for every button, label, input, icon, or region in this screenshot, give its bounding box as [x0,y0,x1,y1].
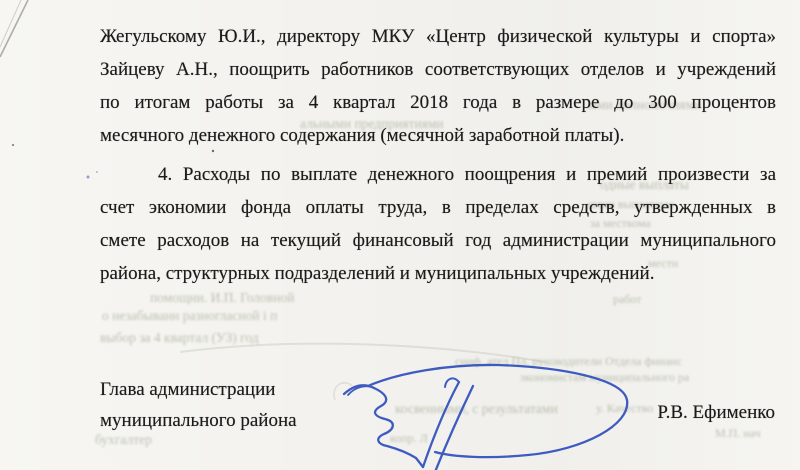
text-line: Зайцеву А.Н., поощрить работников соотве… [100,53,776,86]
signer-title: Глава администрации муниципального район… [100,374,297,436]
text-line: смете расходов на текущий финансовый год… [100,224,776,257]
ink-speck [87,176,90,179]
handwritten-signature [328,353,648,470]
document-body: Жегульскому Ю.И., директору МКУ «Центр ф… [100,20,776,290]
text-line: района, структурных подразделений и муни… [100,257,776,290]
paragraph-item-4: 4. Расходы по выплате денежного поощрени… [100,158,776,290]
signer-name: Р.В. Ефименко [657,402,775,424]
signer-title-line1: Глава администрации [100,374,297,405]
paragraph-reward-order: Жегульскому Ю.И., директору МКУ «Центр ф… [100,20,776,152]
signer-title-line2: муниципального района [100,405,297,436]
signature-oval-flourish [368,365,627,457]
text-line: месячного денежного содержания (месячной… [100,119,776,152]
text-line: по итогам работы за 4 квартал 2018 года … [100,86,776,119]
text-line: 4. Расходы по выплате денежного поощрени… [100,158,776,191]
ink-speck [96,171,98,173]
text-line: Жегульскому Ю.И., директору МКУ «Центр ф… [100,20,776,53]
ink-speck [12,144,14,146]
signature-zigzag [374,388,423,467]
text-line: счет экономии фонда оплаты труда, в пред… [100,191,776,224]
scanned-document: ыми полномочиями альными предприятиями о… [0,0,800,470]
